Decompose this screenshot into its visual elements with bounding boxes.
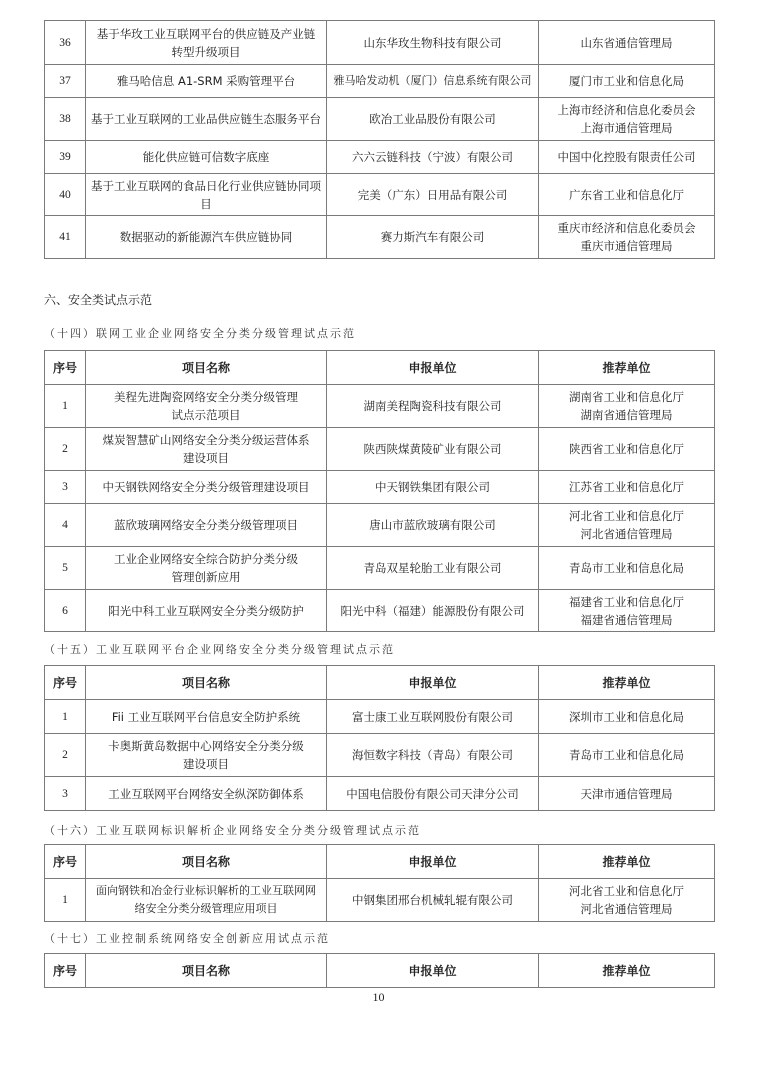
table-row: 2 卡奥斯黄岛数据中心网络安全分类分级建设项目 海恒数字科技（青岛）有限公司 青… — [45, 734, 715, 777]
supply-chain-table-continued: 36 基于华玫工业互联网平台的供应链及产业链转型升级项目 山东华玫生物科技有限公… — [44, 20, 715, 259]
applicant: 富士康工业互联网股份有限公司 — [327, 700, 539, 734]
project-name: 中天钢铁网络安全分类分级管理建设项目 — [86, 471, 327, 504]
recommender: 山东省通信管理局 — [539, 21, 715, 65]
applicant: 阳光中科（福建）能源股份有限公司 — [327, 590, 539, 632]
project-name: 能化供应链可信数字底座 — [86, 141, 327, 174]
applicant: 雅马哈发动机（厦门）信息系统有限公司 — [327, 65, 539, 98]
row-number: 3 — [45, 471, 86, 504]
security-table-16: 序号 项目名称 申报单位 推荐单位 1 面向钢铁和冶金行业标识解析的工业互联网网… — [44, 844, 715, 922]
row-number: 1 — [45, 879, 86, 922]
applicant: 中天钢铁集团有限公司 — [327, 471, 539, 504]
header-applicant: 申报单位 — [327, 845, 539, 879]
table-row: 4 蓝欣玻璃网络安全分类分级管理项目 唐山市蓝欣玻璃有限公司 河北省工业和信息化… — [45, 504, 715, 547]
project-name: 煤炭智慧矿山网络安全分类分级运营体系建设项目 — [86, 428, 327, 471]
table-row: 39 能化供应链可信数字底座 六六云链科技（宁波）有限公司 中国中化控股有限责任… — [45, 141, 715, 174]
table-row: 40 基于工业互联网的食品日化行业供应链协同项目 完美（广东）日用品有限公司 广… — [45, 174, 715, 216]
table-row: 5 工业企业网络安全综合防护分类分级管理创新应用 青岛双星轮胎工业有限公司 青岛… — [45, 547, 715, 590]
project-name: 工业企业网络安全综合防护分类分级管理创新应用 — [86, 547, 327, 590]
recommender: 青岛市工业和信息化局 — [539, 734, 715, 777]
header-recommender: 推荐单位 — [539, 666, 715, 700]
table-row: 2 煤炭智慧矿山网络安全分类分级运营体系建设项目 陕西陕煤黄陵矿业有限公司 陕西… — [45, 428, 715, 471]
subsection-title-14: （十四）联网工业企业网络安全分类分级管理试点示范 — [44, 325, 356, 341]
table-row: 6 阳光中科工业互联网安全分类分级防护 阳光中科（福建）能源股份有限公司 福建省… — [45, 590, 715, 632]
row-number: 36 — [45, 21, 86, 65]
applicant: 赛力斯汽车有限公司 — [327, 216, 539, 259]
project-name: 美程先进陶瓷网络安全分类分级管理试点示范项目 — [86, 385, 327, 428]
applicant: 欧冶工业品股份有限公司 — [327, 98, 539, 141]
subsection-title-17: （十七）工业控制系统网络安全创新应用试点示范 — [44, 930, 330, 946]
table-row: 38 基于工业互联网的工业品供应链生态服务平台 欧冶工业品股份有限公司 上海市经… — [45, 98, 715, 141]
row-number: 39 — [45, 141, 86, 174]
page-number: 10 — [0, 990, 757, 1005]
header-applicant: 申报单位 — [327, 351, 539, 385]
row-number: 2 — [45, 428, 86, 471]
recommender: 青岛市工业和信息化局 — [539, 547, 715, 590]
document-page: 36 基于华玫工业互联网平台的供应链及产业链转型升级项目 山东华玫生物科技有限公… — [0, 0, 757, 1072]
project-name: 工业互联网平台网络安全纵深防御体系 — [86, 777, 327, 811]
header-no: 序号 — [45, 845, 86, 879]
recommender: 湖南省工业和信息化厅湖南省通信管理局 — [539, 385, 715, 428]
section-heading: 六、安全类试点示范 — [44, 291, 152, 308]
project-name: 雅马哈信息 A1-SRM 采购管理平台 — [86, 65, 327, 98]
header-applicant: 申报单位 — [327, 666, 539, 700]
applicant: 湖南美程陶瓷科技有限公司 — [327, 385, 539, 428]
recommender: 福建省工业和信息化厅福建省通信管理局 — [539, 590, 715, 632]
row-number: 1 — [45, 700, 86, 734]
table-row: 3 工业互联网平台网络安全纵深防御体系 中国电信股份有限公司天津分公司 天津市通… — [45, 777, 715, 811]
row-number: 4 — [45, 504, 86, 547]
applicant: 六六云链科技（宁波）有限公司 — [327, 141, 539, 174]
header-project-name: 项目名称 — [86, 954, 327, 988]
applicant: 中钢集团邢台机械轧辊有限公司 — [327, 879, 539, 922]
recommender: 江苏省工业和信息化厅 — [539, 471, 715, 504]
table-row: 36 基于华玫工业互联网平台的供应链及产业链转型升级项目 山东华玫生物科技有限公… — [45, 21, 715, 65]
recommender: 河北省工业和信息化厅河北省通信管理局 — [539, 879, 715, 922]
applicant: 陕西陕煤黄陵矿业有限公司 — [327, 428, 539, 471]
header-project-name: 项目名称 — [86, 666, 327, 700]
applicant: 青岛双星轮胎工业有限公司 — [327, 547, 539, 590]
project-name: 面向钢铁和冶金行业标识解析的工业互联网网络安全分类分级管理应用项目 — [86, 879, 327, 922]
project-name: 基于华玫工业互联网平台的供应链及产业链转型升级项目 — [86, 21, 327, 65]
table-header-row: 序号 项目名称 申报单位 推荐单位 — [45, 845, 715, 879]
recommender: 中国中化控股有限责任公司 — [539, 141, 715, 174]
applicant: 完美（广东）日用品有限公司 — [327, 174, 539, 216]
security-table-14: 序号 项目名称 申报单位 推荐单位 1 美程先进陶瓷网络安全分类分级管理试点示范… — [44, 350, 715, 632]
row-number: 1 — [45, 385, 86, 428]
project-name: 卡奥斯黄岛数据中心网络安全分类分级建设项目 — [86, 734, 327, 777]
recommender: 河北省工业和信息化厅河北省通信管理局 — [539, 504, 715, 547]
recommender: 陕西省工业和信息化厅 — [539, 428, 715, 471]
row-number: 5 — [45, 547, 86, 590]
header-project-name: 项目名称 — [86, 845, 327, 879]
header-project-name: 项目名称 — [86, 351, 327, 385]
header-recommender: 推荐单位 — [539, 351, 715, 385]
table-row: 1 Fii 工业互联网平台信息安全防护系统 富士康工业互联网股份有限公司 深圳市… — [45, 700, 715, 734]
subsection-title-16: （十六）工业互联网标识解析企业网络安全分类分级管理试点示范 — [44, 822, 421, 838]
recommender: 天津市通信管理局 — [539, 777, 715, 811]
table-row: 41 数据驱动的新能源汽车供应链协同 赛力斯汽车有限公司 重庆市经济和信息化委员… — [45, 216, 715, 259]
recommender: 深圳市工业和信息化局 — [539, 700, 715, 734]
applicant: 唐山市蓝欣玻璃有限公司 — [327, 504, 539, 547]
row-number: 3 — [45, 777, 86, 811]
subsection-title-15: （十五）工业互联网平台企业网络安全分类分级管理试点示范 — [44, 641, 395, 657]
table-header-row: 序号 项目名称 申报单位 推荐单位 — [45, 954, 715, 988]
table-row: 1 面向钢铁和冶金行业标识解析的工业互联网网络安全分类分级管理应用项目 中钢集团… — [45, 879, 715, 922]
recommender: 厦门市工业和信息化局 — [539, 65, 715, 98]
project-name: 基于工业互联网的食品日化行业供应链协同项目 — [86, 174, 327, 216]
row-number: 41 — [45, 216, 86, 259]
header-no: 序号 — [45, 351, 86, 385]
row-number: 38 — [45, 98, 86, 141]
row-number: 6 — [45, 590, 86, 632]
header-no: 序号 — [45, 666, 86, 700]
header-no: 序号 — [45, 954, 86, 988]
row-number: 40 — [45, 174, 86, 216]
recommender: 上海市经济和信息化委员会上海市通信管理局 — [539, 98, 715, 141]
table-row: 37 雅马哈信息 A1-SRM 采购管理平台 雅马哈发动机（厦门）信息系统有限公… — [45, 65, 715, 98]
row-number: 37 — [45, 65, 86, 98]
project-name: 蓝欣玻璃网络安全分类分级管理项目 — [86, 504, 327, 547]
project-name: 阳光中科工业互联网安全分类分级防护 — [86, 590, 327, 632]
row-number: 2 — [45, 734, 86, 777]
project-name: Fii 工业互联网平台信息安全防护系统 — [86, 700, 327, 734]
security-table-15: 序号 项目名称 申报单位 推荐单位 1 Fii 工业互联网平台信息安全防护系统 … — [44, 665, 715, 811]
table-row: 1 美程先进陶瓷网络安全分类分级管理试点示范项目 湖南美程陶瓷科技有限公司 湖南… — [45, 385, 715, 428]
project-name: 基于工业互联网的工业品供应链生态服务平台 — [86, 98, 327, 141]
header-applicant: 申报单位 — [327, 954, 539, 988]
table-header-row: 序号 项目名称 申报单位 推荐单位 — [45, 351, 715, 385]
security-table-17: 序号 项目名称 申报单位 推荐单位 — [44, 953, 715, 988]
recommender: 广东省工业和信息化厅 — [539, 174, 715, 216]
applicant: 海恒数字科技（青岛）有限公司 — [327, 734, 539, 777]
applicant: 山东华玫生物科技有限公司 — [327, 21, 539, 65]
table-header-row: 序号 项目名称 申报单位 推荐单位 — [45, 666, 715, 700]
table-row: 3 中天钢铁网络安全分类分级管理建设项目 中天钢铁集团有限公司 江苏省工业和信息… — [45, 471, 715, 504]
header-recommender: 推荐单位 — [539, 954, 715, 988]
applicant: 中国电信股份有限公司天津分公司 — [327, 777, 539, 811]
recommender: 重庆市经济和信息化委员会重庆市通信管理局 — [539, 216, 715, 259]
header-recommender: 推荐单位 — [539, 845, 715, 879]
project-name: 数据驱动的新能源汽车供应链协同 — [86, 216, 327, 259]
